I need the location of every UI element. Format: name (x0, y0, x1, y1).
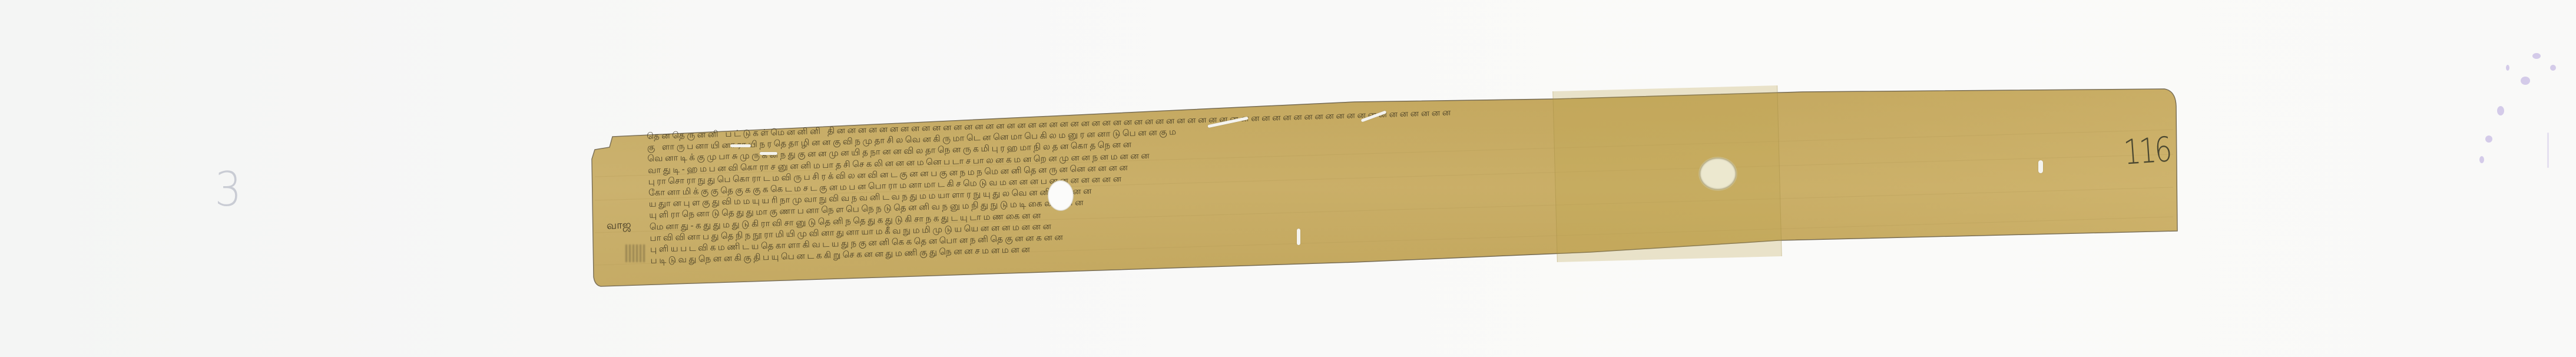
insect-damage (760, 152, 777, 155)
folio-number: 116 (2123, 131, 2171, 170)
insect-damage (2038, 160, 2043, 173)
margin-annotation: வாஜ (607, 219, 631, 233)
margin-smudge (625, 244, 647, 262)
palm-leaf: தெனதெருனனி பட்டுகள்மெனனினி தினனனனனனனனனனன… (0, 0, 2576, 357)
insect-damage (730, 144, 751, 147)
string-hole-right (1700, 158, 1736, 190)
insect-damage (1297, 229, 1300, 245)
string-hole-left (1048, 180, 1074, 211)
